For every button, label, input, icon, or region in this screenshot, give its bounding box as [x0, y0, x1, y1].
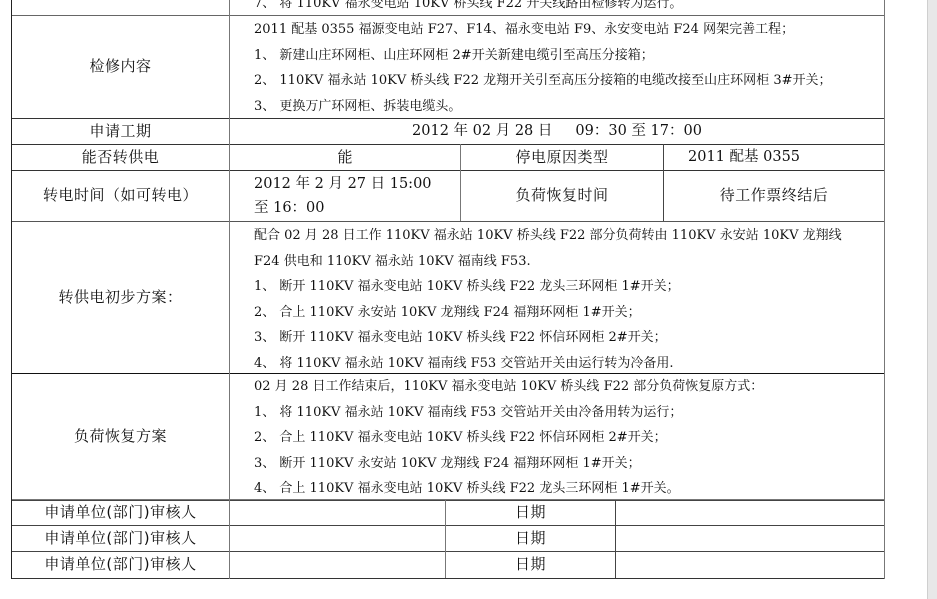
maintenance-line: 1、 新建山庄环网柜、山庄环网柜 2#开关新建电缆引至高压分接箱； — [254, 43, 884, 69]
transfer-possible-label: 能否转供电 — [12, 145, 229, 170]
restore-plan-line: 3、 断开 110KV 永安站 10KV 龙翔线 F24 福翔环网柜 1#开关； — [254, 451, 884, 477]
approval-date-field[interactable] — [616, 552, 884, 578]
restore-plan-line: 4、 合上 110KV 福永变电站 10KV 桥头线 F22 龙头三环网柜 1#… — [254, 476, 884, 502]
restore-plan-line: 2、 合上 110KV 福永变电站 10KV 桥头线 F22 怀信环网柜 2#开… — [254, 425, 884, 451]
restore-plan-label: 负荷恢复方案 — [12, 374, 229, 499]
transfer-plan-line: 2、 合上 110KV 永安站 10KV 龙翔线 F24 福翔环网柜 1#开关； — [254, 300, 884, 326]
transfer-plan-line: 4、 将 110KV 福永站 10KV 福南线 F53 交管站开关由运行转为冷备… — [254, 351, 884, 377]
transfer-plan-line: 1、 断开 110KV 福永变电站 10KV 桥头线 F22 龙头三环网柜 1#… — [254, 274, 884, 300]
restore-plan-line: 1、 将 110KV 福永站 10KV 福南线 F53 交管站开关由冷备用转为运… — [254, 400, 884, 426]
transfer-plan-content: 配合 02 月 28 日工作 110KV 福永站 10KV 桥头线 F22 部分… — [230, 223, 884, 373]
previous-step-text: 7、 将 110KV 福永变电站 10KV 桥头线 F22 开关线路由检修转为运… — [230, 0, 884, 15]
work-period-value: 2012 年 02 月 28 日 09：30 至 17：00 — [230, 119, 884, 144]
approval-reviewer-label: 申请单位(部门)审核人 — [12, 501, 229, 525]
approval-reviewer-label: 申请单位(部门)审核人 — [12, 526, 229, 551]
transfer-plan-line: F24 供电和 110KV 福永站 10KV 福南线 F53. — [254, 249, 884, 275]
approval-date-field[interactable] — [616, 526, 884, 551]
approval-date-label: 日期 — [446, 552, 615, 578]
viewer-scrollbar-panel[interactable] — [927, 0, 937, 599]
maintenance-line: 3、 更换万广环网柜、拆装电缆头。 — [254, 94, 884, 120]
restore-plan-line: 02 月 28 日工作结束后，110KV 福永变电站 10KV 桥头线 F22 … — [254, 374, 884, 400]
transfer-time-label: 转电时间（如可转电） — [12, 171, 229, 221]
transfer-plan-line: 配合 02 月 28 日工作 110KV 福永站 10KV 桥头线 F22 部分… — [254, 223, 884, 249]
transfer-time-value: 2012 年 2 月 27 日 15:00 至 16：00 — [230, 171, 460, 221]
transfer-plan-line: 3、 断开 110KV 福永变电站 10KV 桥头线 F22 怀信环网柜 2#开… — [254, 325, 884, 351]
maintenance-label: 检修内容 — [12, 16, 229, 118]
maintenance-content: 2011 配基 0355 福源变电站 F27、F14、福永变电站 F9、永安变电… — [230, 17, 884, 118]
work-period-label: 申请工期 — [12, 119, 229, 144]
restore-time-label: 负荷恢复时间 — [461, 171, 663, 221]
table-bottom-border — [11, 578, 885, 579]
approval-reviewer-field[interactable] — [230, 552, 445, 578]
approval-date-label: 日期 — [446, 526, 615, 551]
restore-plan-content: 02 月 28 日工作结束后，110KV 福永变电站 10KV 桥头线 F22 … — [230, 374, 884, 499]
outage-type-value: 2011 配基 0355 — [664, 145, 884, 170]
document-page: 7、 将 110KV 福永变电站 10KV 桥头线 F22 开关线路由检修转为运… — [0, 0, 928, 599]
maintenance-line: 2011 配基 0355 福源变电站 F27、F14、福永变电站 F9、永安变电… — [254, 17, 884, 43]
table-right-border — [884, 0, 885, 579]
approval-date-field[interactable] — [616, 501, 884, 525]
approval-date-label: 日期 — [446, 501, 615, 525]
approval-reviewer-field[interactable] — [230, 501, 445, 525]
transfer-possible-value: 能 — [230, 145, 460, 170]
approval-reviewer-label: 申请单位(部门)审核人 — [12, 552, 229, 578]
restore-time-value: 待工作票终结后 — [664, 171, 884, 221]
outage-type-label: 停电原因类型 — [461, 145, 663, 170]
maintenance-line: 2、 110KV 福永站 10KV 桥头线 F22 龙翔开关引至高压分接箱的电缆… — [254, 68, 884, 94]
transfer-plan-label: 转供电初步方案： — [12, 222, 229, 373]
approval-reviewer-field[interactable] — [230, 526, 445, 551]
